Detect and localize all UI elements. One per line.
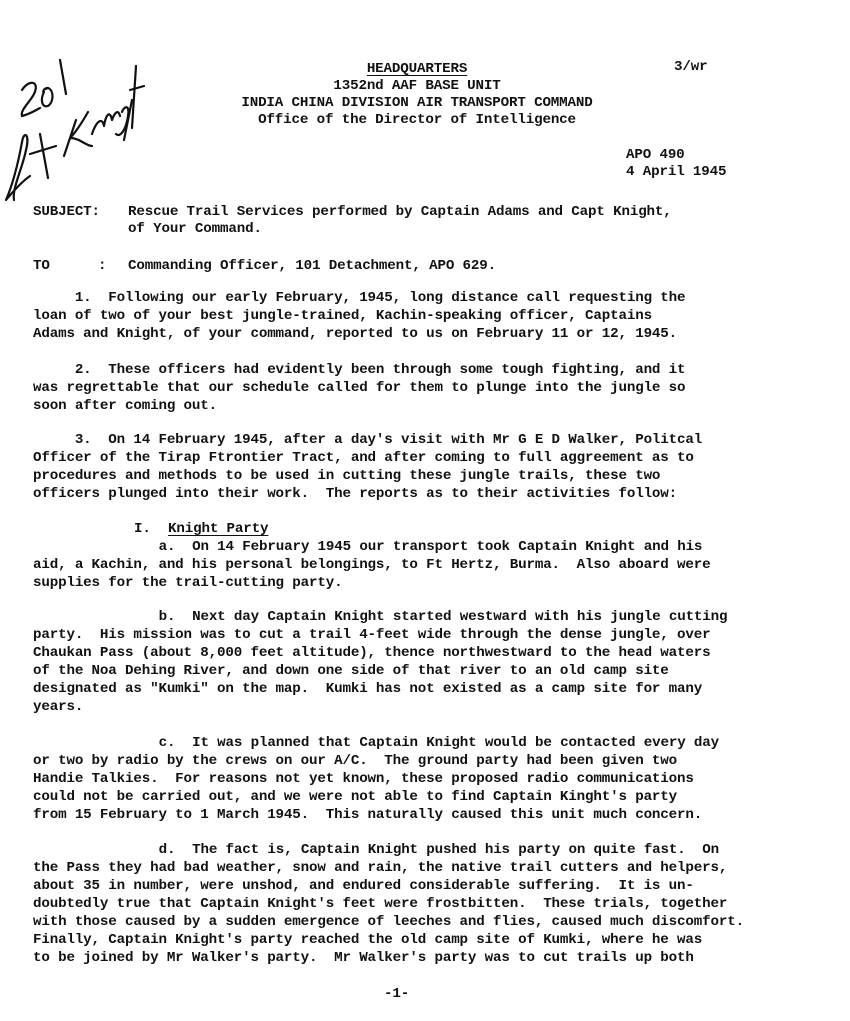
to-label: TO — [33, 257, 50, 275]
page-number: -1- — [384, 985, 409, 1003]
paragraph-line: designated as "Kumki" on the map. Kumki … — [33, 680, 702, 698]
section-title: Knight Party — [168, 520, 268, 538]
letter-date: 4 April 1945 — [626, 163, 726, 181]
paragraph-line: could not be carried out, and we were no… — [33, 788, 677, 806]
paragraph-line: c. It was planned that Captain Knight wo… — [75, 734, 719, 752]
paragraph-line: was regrettable that our schedule called… — [33, 379, 685, 397]
paragraph-line: of the Noa Dehing River, and down one si… — [33, 662, 669, 680]
letterhead-line-2: 1352nd AAF BASE UNIT — [0, 77, 842, 95]
paragraph-line: b. Next day Captain Knight started westw… — [75, 608, 727, 626]
letterhead-line-4: Office of the Director of Intelligence — [0, 111, 842, 129]
paragraph-line: from 15 February to 1 March 1945. This n… — [33, 806, 702, 824]
paragraph-line: Finally, Captain Knight's party reached … — [33, 931, 702, 949]
section-numeral: I. — [134, 520, 151, 538]
paragraph-line: d. The fact is, Captain Knight pushed hi… — [75, 841, 719, 859]
letterhead-line-1: HEADQUARTERS — [0, 60, 842, 78]
apo-number: APO 490 — [626, 146, 685, 164]
paragraph-line: officers plunged into their work. The re… — [33, 485, 677, 503]
paragraph-line: 3. On 14 February 1945, after a day's vi… — [33, 431, 702, 449]
paragraph-line: aid, a Kachin, and his personal belongin… — [33, 556, 710, 574]
paragraph-line: the Pass they had bad weather, snow and … — [33, 859, 727, 877]
paragraph-line: Officer of the Tirap Ftrontier Tract, an… — [33, 449, 694, 467]
paragraph-line: to be joined by Mr Walker's party. Mr Wa… — [33, 949, 694, 967]
paragraph-line: with those caused by a sudden emergence … — [33, 913, 744, 931]
paragraph-line: Handie Talkies. For reasons not yet know… — [33, 770, 694, 788]
subject-line-1: Rescue Trail Services performed by Capta… — [128, 203, 672, 221]
subject-line-2: of Your Command. — [128, 220, 262, 238]
to-colon: : — [98, 257, 106, 275]
paragraph-line: procedures and methods to be used in cut… — [33, 467, 660, 485]
subject-label: SUBJECT: — [33, 203, 100, 221]
paragraph-line: years. — [33, 698, 83, 716]
paragraph-line: supplies for the trail-cutting party. — [33, 574, 342, 592]
paragraph-line: doubtedly true that Captain Knight's fee… — [33, 895, 727, 913]
letterhead-line-3: INDIA CHINA DIVISION AIR TRANSPORT COMMA… — [0, 94, 842, 112]
paragraph-line: soon after coming out. — [33, 397, 217, 415]
paragraph-line: loan of two of your best jungle-trained,… — [33, 307, 652, 325]
paragraph-line: party. His mission was to cut a trail 4-… — [33, 626, 710, 644]
paragraph-line: about 35 in number, were unshod, and end… — [33, 877, 694, 895]
paragraph-line: Chaukan Pass (about 8,000 feet altitude)… — [33, 644, 710, 662]
paragraph-line: 2. These officers had evidently been thr… — [33, 361, 685, 379]
paragraph-line: 1. Following our early February, 1945, l… — [33, 289, 685, 307]
paragraph-line: Adams and Knight, of your command, repor… — [33, 325, 677, 343]
paragraph-line: a. On 14 February 1945 our transport too… — [75, 538, 702, 556]
paragraph-line: or two by radio by the crews on our A/C.… — [33, 752, 677, 770]
to-recipient: Commanding Officer, 101 Detachment, APO … — [128, 257, 496, 275]
